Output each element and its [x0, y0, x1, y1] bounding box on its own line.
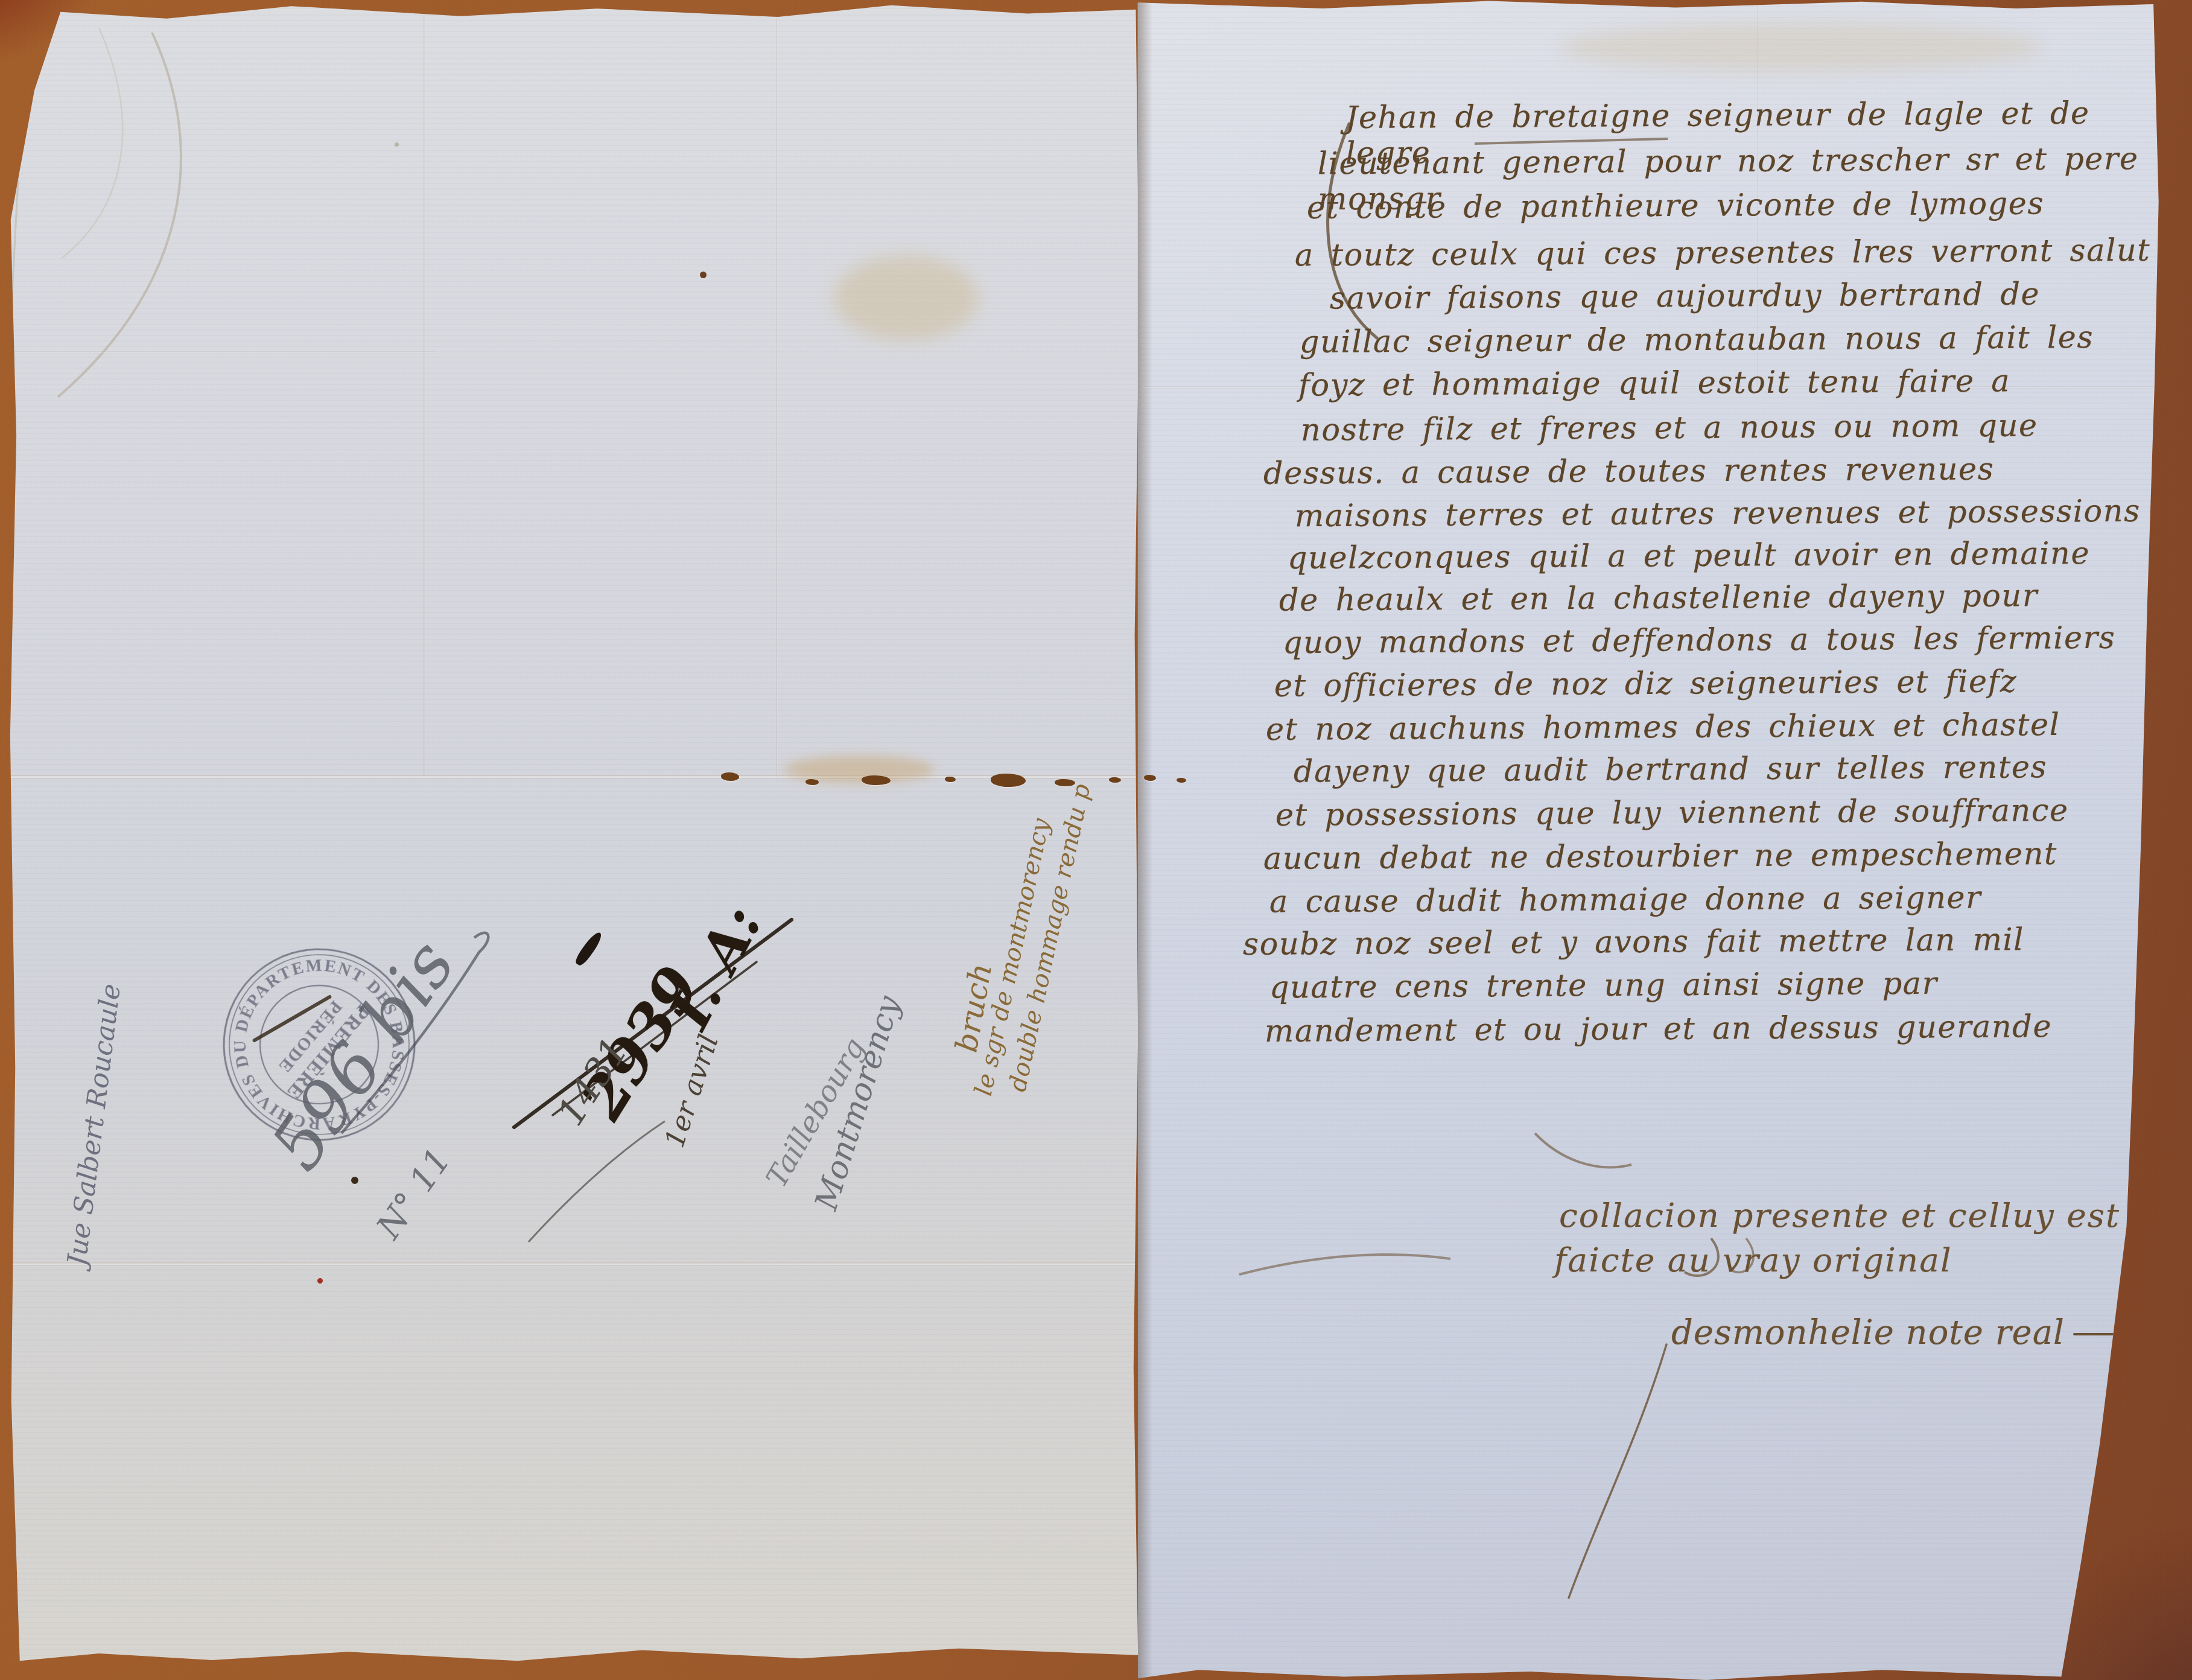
- manuscript-line: et conte de panthieure viconte de lymoge…: [1307, 186, 2044, 226]
- photo-of-manuscript: ARCHIVES DU DÉPARTEMENT DES BASSES-PYRÉN…: [0, 0, 2192, 1680]
- manuscript-line: soubz noz seel et y avons fait mettre la…: [1243, 922, 2024, 962]
- right-page: Jehan de bretaigne seigneur de lagle et …: [1137, 0, 2172, 1680]
- water-stain: [834, 256, 979, 340]
- worm-hole: [945, 777, 956, 782]
- manuscript-line: maisons terres et autres revenues et pos…: [1295, 494, 2141, 535]
- manuscript-line: aucun debat ne destourbier ne empescheme…: [1263, 836, 2057, 877]
- manuscript-line: nostre filz et freres et a nous ou nom q…: [1301, 408, 2038, 448]
- dust: [395, 142, 399, 147]
- manuscript-line: quelzconques quil a et peult avoir en de…: [1288, 536, 2090, 576]
- manuscript-line: et possessions que luy viennent de souff…: [1275, 793, 2069, 833]
- notary-signature: desmonhelie note real: [1671, 1313, 2192, 1352]
- manuscript-line: savoir faisons que aujourduy bertrand de: [1330, 276, 2040, 316]
- worm-hole: [1109, 777, 1121, 783]
- manuscript-line: dessus. a cause de toutes rentes revenue…: [1263, 451, 1995, 491]
- manuscript-line: quoy mandons et deffendons a tous les fe…: [1283, 620, 2116, 661]
- manuscript-line: et noz auchuns hommes des chieux et chas…: [1266, 707, 2060, 748]
- fold-smudge: [784, 756, 935, 783]
- manuscript-line: a toutz ceulx qui ces presentes lres ver…: [1295, 233, 2151, 274]
- closing-line-1: collacion presente et celluy est: [1559, 1196, 2120, 1235]
- manuscript-line: mandement et ou jour et an dessus gueran…: [1265, 1009, 2052, 1049]
- worm-hole: [991, 774, 1026, 787]
- manuscript-line: et officieres de noz diz seigneuries et …: [1274, 664, 2018, 704]
- left-page: ARCHIVES DU DÉPARTEMENT DES BASSES-PYRÉN…: [8, 4, 1140, 1667]
- worm-hole: [862, 775, 891, 785]
- worm-hole: [721, 772, 739, 781]
- manuscript-line: quatre cens trente ung ainsi signe par: [1269, 966, 1938, 1006]
- worm-hole: [805, 779, 819, 785]
- ink-speck: [351, 1177, 358, 1184]
- manuscript-line: dayeny que audit bertrand sur telles ren…: [1294, 749, 2047, 790]
- closing-line-2: faicte au vray original: [1554, 1241, 1952, 1279]
- manuscript-line: foyz et hommaige quil estoit tenu faire …: [1298, 363, 2010, 403]
- green-fiber: [57, 4, 66, 8]
- manuscript-line: de heaulx et en la chastellenie dayeny p…: [1279, 578, 2038, 619]
- red-speck: [317, 1278, 323, 1284]
- crease-lines: [8, 4, 1140, 1667]
- manuscript-line: a cause dudit hommaige donne a seigner: [1269, 880, 1981, 920]
- manuscript-line: guillac seigneur de montauban nous a fai…: [1300, 320, 2094, 360]
- ink-speck: [700, 272, 707, 278]
